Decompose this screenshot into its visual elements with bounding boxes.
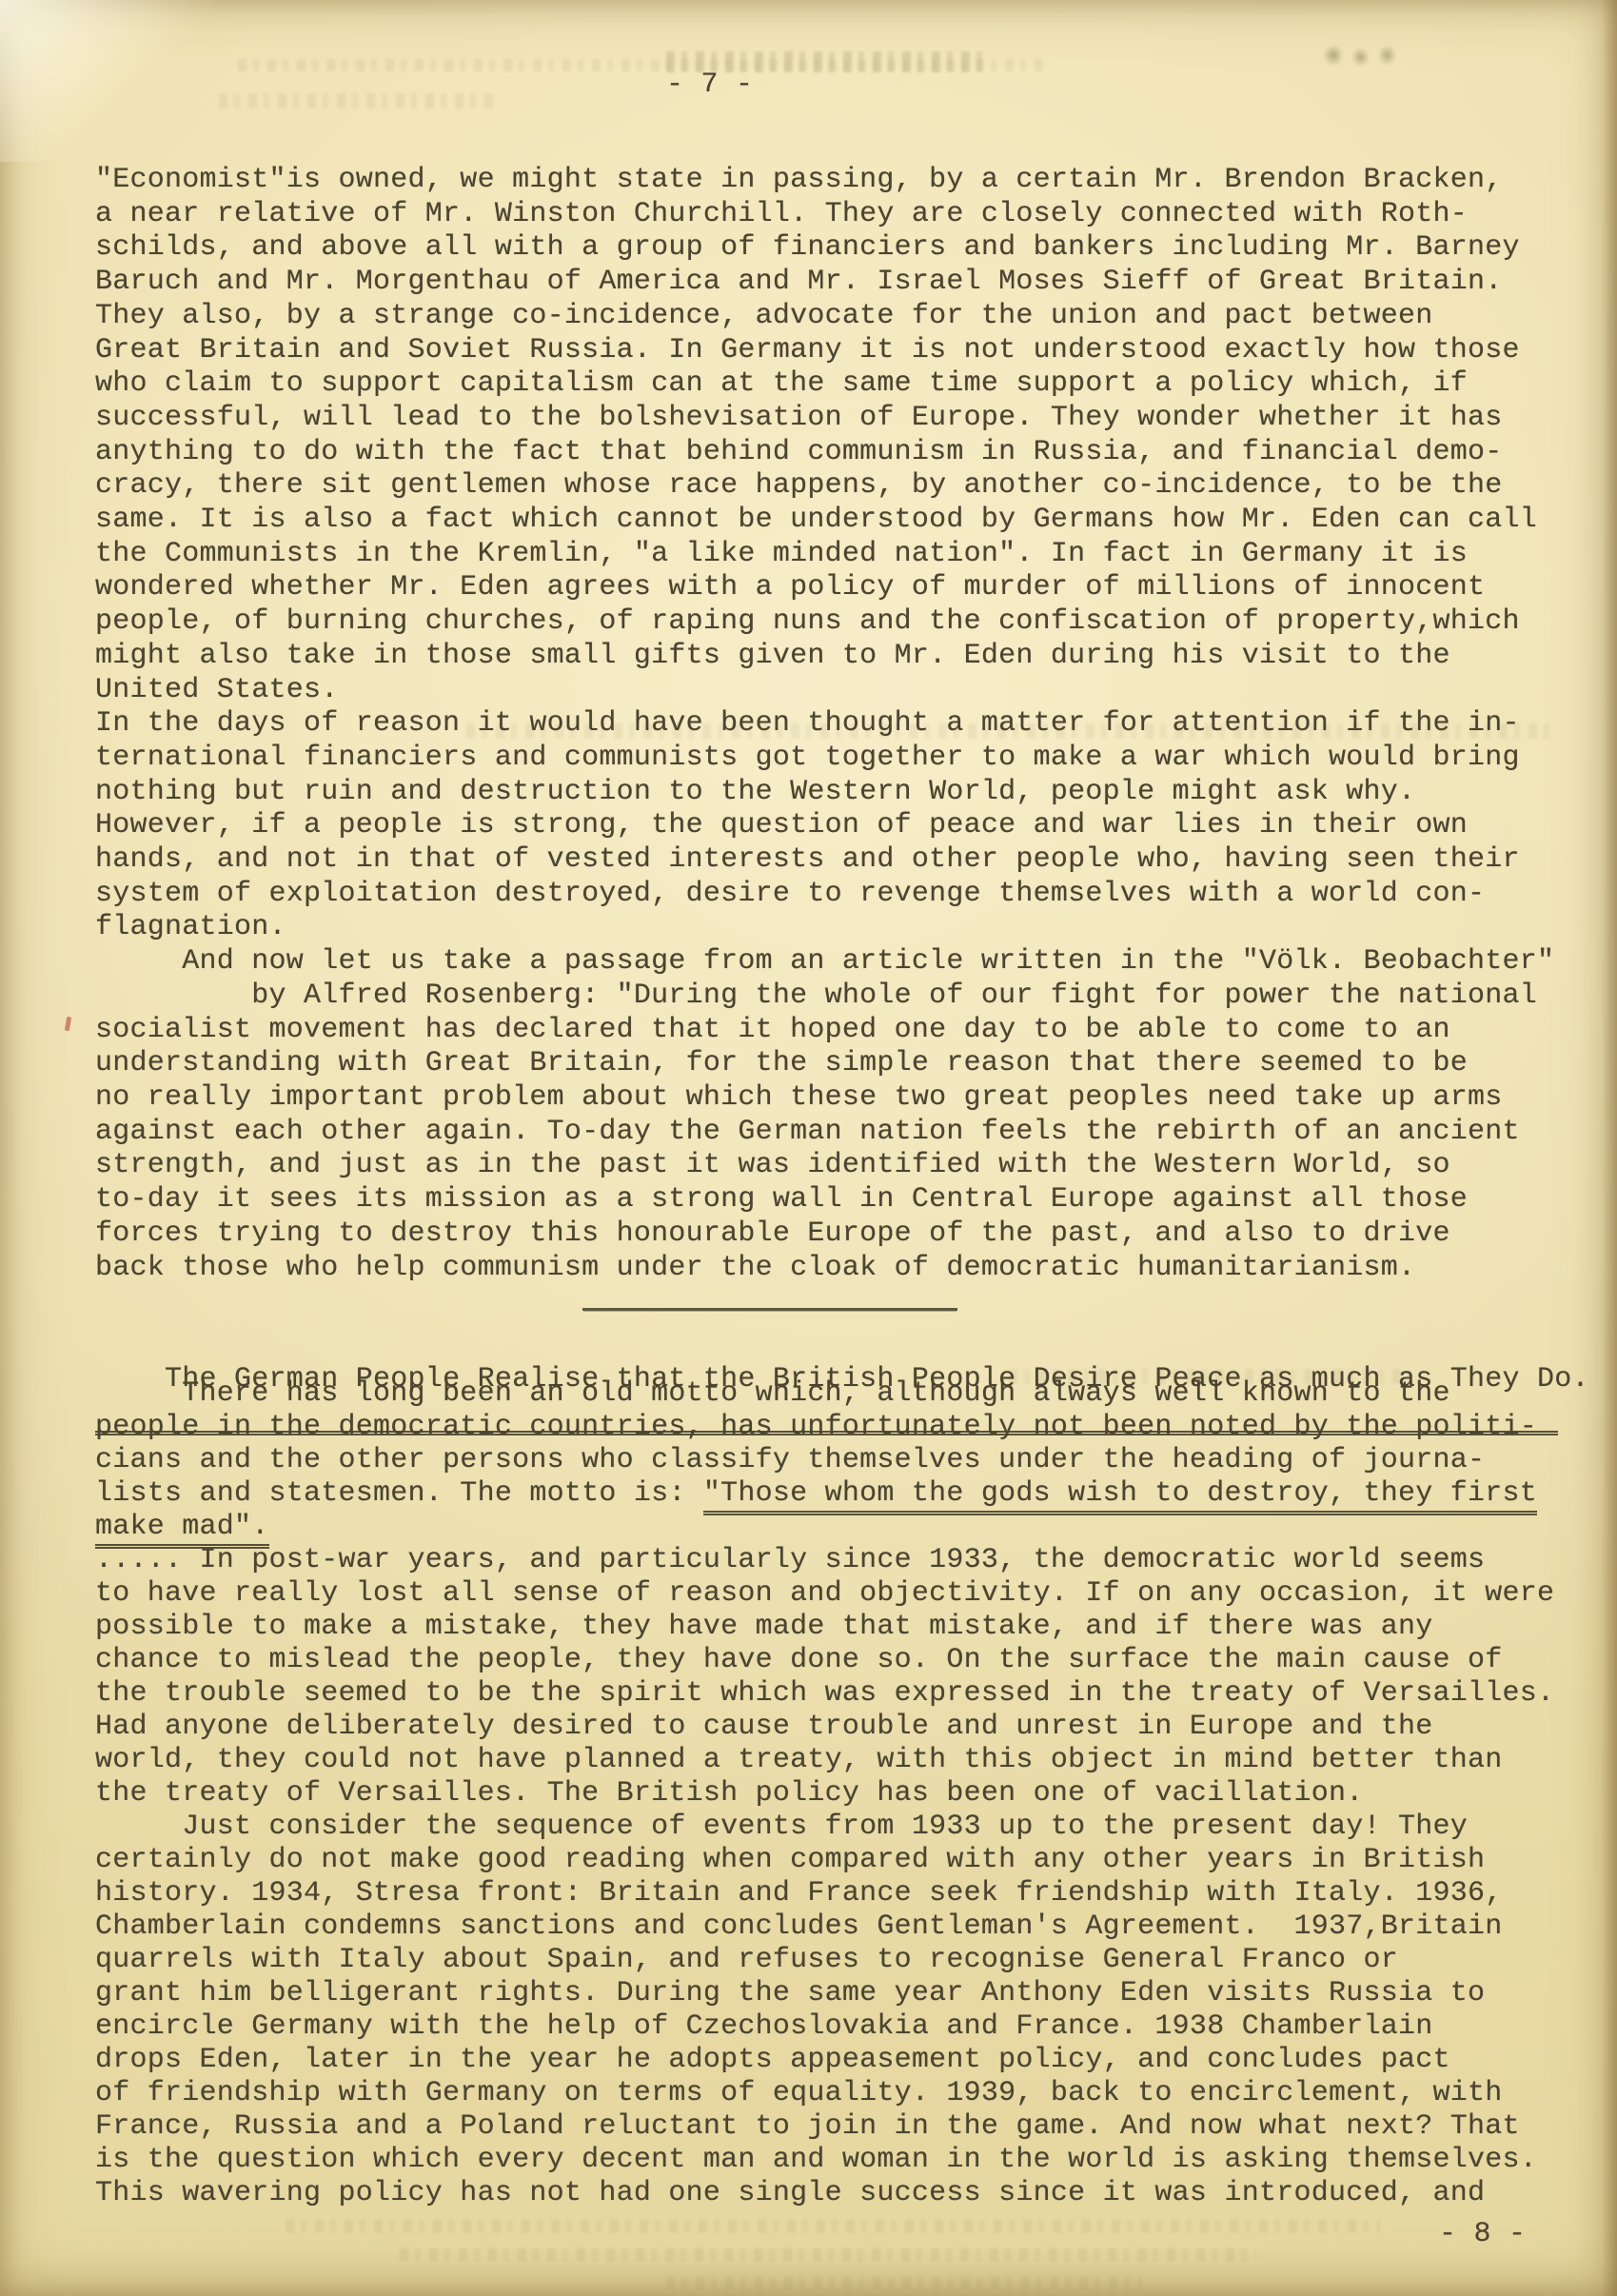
typewritten-line: And now let us take a passage from an ar… bbox=[95, 945, 1554, 980]
typewritten-line: ..... In post-war years, and particularl… bbox=[95, 1544, 1554, 1577]
typewritten-line: "Economist"is owned, we might state in p… bbox=[95, 164, 1554, 198]
paper-crease bbox=[0, 0, 228, 162]
typewritten-line: might also take in those small gifts giv… bbox=[95, 640, 1554, 674]
typewritten-line: successful, will lead to the bolshevisat… bbox=[95, 402, 1554, 436]
typewritten-line: the Communists in the Kremlin, "a like m… bbox=[95, 538, 1554, 572]
typewritten-line: people in the democratic countries, has … bbox=[95, 1411, 1554, 1444]
typewritten-line: possible to make a mistake, they have ma… bbox=[95, 1611, 1554, 1644]
typewritten-line: chance to mislead the people, they have … bbox=[95, 1644, 1554, 1677]
red-ink-speck bbox=[65, 1017, 72, 1032]
typewritten-line: Had anyone deliberately desired to cause… bbox=[95, 1711, 1554, 1744]
typewritten-line: France, Russia and a Poland reluctant to… bbox=[95, 2110, 1554, 2144]
typewritten-line: anything to do with the fact that behind… bbox=[95, 436, 1554, 470]
typewritten-line: against each other again. To-day the Ger… bbox=[95, 1116, 1554, 1150]
typewritten-line: flagnation. bbox=[95, 911, 1554, 945]
typewritten-line: world, they could not have planned a tre… bbox=[95, 1744, 1554, 1777]
underlined-text: "Those whom the gods wish to destroy, th… bbox=[703, 1477, 1537, 1515]
page-number-top: - 7 - bbox=[666, 69, 753, 101]
typewritten-line: They also, by a strange co-incidence, ad… bbox=[95, 300, 1554, 334]
typewritten-line: no really important problem about which … bbox=[95, 1081, 1554, 1116]
typewritten-line: back those who help communism under the … bbox=[95, 1252, 1554, 1286]
typewritten-line: by Alfred Rosenberg: "During the whole o… bbox=[95, 980, 1554, 1014]
typewritten-line: Just consider the sequence of events fro… bbox=[95, 1811, 1554, 1844]
typewritten-line: However, if a people is strong, the ques… bbox=[95, 809, 1554, 843]
typewritten-line: lists and statesmen. The motto is: "Thos… bbox=[95, 1477, 1554, 1511]
typewritten-line: who claim to support capitalism can at t… bbox=[95, 367, 1554, 402]
typewritten-block-1: "Economist"is owned, we might state in p… bbox=[95, 164, 1554, 1285]
bleed-through-mark bbox=[219, 93, 495, 109]
typewritten-line: Chamberlain condemns sanctions and concl… bbox=[95, 1910, 1554, 1944]
typewritten-line: socialist movement has declared that it … bbox=[95, 1014, 1554, 1048]
typewritten-line: forces trying to destroy this honourable… bbox=[95, 1217, 1554, 1252]
bleed-through-mark bbox=[286, 2220, 1380, 2233]
typewritten-line: a near relative of Mr. Winston Churchill… bbox=[95, 198, 1554, 232]
typewritten-line: ternational financiers and communists go… bbox=[95, 742, 1554, 776]
typewritten-line: quarrels with Italy about Spain, and ref… bbox=[95, 1944, 1554, 1977]
typewritten-line: There has long been an old motto which, … bbox=[95, 1377, 1554, 1411]
text-segment: lists and statesmen. The motto is: bbox=[95, 1477, 703, 1510]
typewritten-line: is the question which every decent man a… bbox=[95, 2144, 1554, 2177]
typewritten-line: wondered whether Mr. Eden agrees with a … bbox=[95, 571, 1554, 605]
typewritten-line: United States. bbox=[95, 674, 1554, 708]
typewritten-line: Great Britain and Soviet Russia. In Germ… bbox=[95, 334, 1554, 368]
typewritten-line: system of exploitation destroyed, desire… bbox=[95, 878, 1554, 912]
typewritten-line: hands, and not in that of vested interes… bbox=[95, 843, 1554, 878]
typewritten-line: to-day it sees its mission as a strong w… bbox=[95, 1183, 1554, 1217]
typewritten-line: the trouble seemed to be the spirit whic… bbox=[95, 1677, 1554, 1711]
typewritten-line: of friendship with Germany on terms of e… bbox=[95, 2077, 1554, 2110]
typewritten-line: history. 1934, Stresa front: Britain and… bbox=[95, 1877, 1554, 1910]
typewritten-line: understanding with Great Britain, for th… bbox=[95, 1047, 1554, 1081]
typewritten-line: Baruch and Mr. Morgenthau of America and… bbox=[95, 266, 1554, 300]
underlined-text: make mad". bbox=[95, 1511, 269, 1549]
typewritten-line: schilds, and above all with a group of f… bbox=[95, 231, 1554, 266]
bleed-through-mark bbox=[238, 59, 1047, 71]
typewritten-line: This wavering policy has not had one sin… bbox=[95, 2177, 1554, 2210]
typewritten-line: certainly do not make good reading when … bbox=[95, 1844, 1554, 1877]
typewritten-line: the treaty of Versailles. The British po… bbox=[95, 1777, 1554, 1811]
typewritten-block-2: There has long been an old motto which, … bbox=[95, 1377, 1554, 2210]
typewritten-line: to have really lost all sense of reason … bbox=[95, 1577, 1554, 1611]
typewritten-line: people, of burning churches, of raping n… bbox=[95, 605, 1554, 640]
typewritten-line: cracy, there sit gentlemen whose race ha… bbox=[95, 469, 1554, 504]
typewritten-line: nothing but ruin and destruction to the … bbox=[95, 776, 1554, 810]
document-page: - 7 - "Economist"is owned, we might stat… bbox=[0, 0, 1617, 2296]
typewritten-line: same. It is also a fact which cannot be … bbox=[95, 504, 1554, 538]
bleed-through-mark bbox=[400, 2248, 1256, 2262]
typewritten-line: encircle Germany with the help of Czecho… bbox=[95, 2010, 1554, 2044]
typewritten-line: grant him belligerant rights. During the… bbox=[95, 1977, 1554, 2010]
bleed-through-mark bbox=[666, 2277, 1142, 2290]
section-divider bbox=[582, 1308, 957, 1311]
typewritten-line: drops Eden, later in the year he adopts … bbox=[95, 2044, 1554, 2077]
typewritten-line: make mad". bbox=[95, 1511, 1554, 1544]
typewritten-line: In the days of reason it would have been… bbox=[95, 707, 1554, 742]
typewritten-line: strength, and just as in the past it was… bbox=[95, 1149, 1554, 1183]
page-edge-shadow bbox=[1602, 0, 1617, 2296]
pencil-smudge bbox=[1319, 38, 1410, 76]
typewritten-line: cians and the other persons who classify… bbox=[95, 1444, 1554, 1477]
page-number-bottom: - 8 - bbox=[1439, 2218, 1526, 2250]
